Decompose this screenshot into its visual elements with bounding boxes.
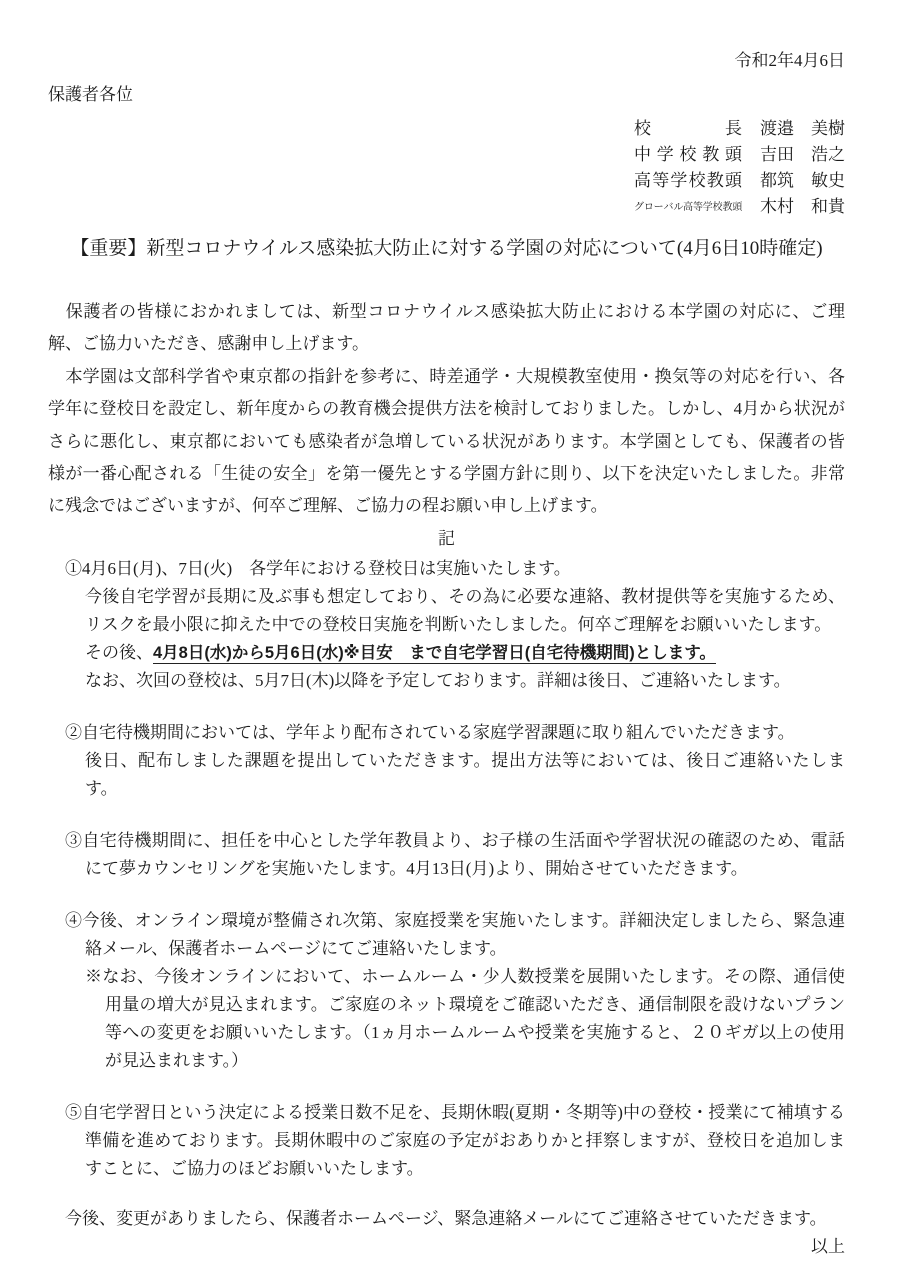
text-run: その後、	[85, 643, 153, 662]
notice-item: ③自宅待機期間に、担任を中心とした学年教員より、お子様の生活面や学習状況の確認の…	[65, 827, 845, 883]
text-run: ①4月6日(月)、7日(火) 各学年における登校日は実施いたします。	[65, 559, 571, 578]
item-paragraph: ①4月6日(月)、7日(火) 各学年における登校日は実施いたします。	[65, 555, 845, 583]
item-paragraph: その後、4月8日(水)から5月6日(水)※目安 まで自宅学習日(自宅待機期間)と…	[65, 639, 845, 667]
item-paragraph: なお、次回の登校は、5月7日(木)以降を予定しております。詳細は後日、ご連絡いた…	[65, 667, 845, 695]
intro-paragraph: 保護者の皆様におかれましては、新型コロナウイルス感染拡大防止における本学園の対応…	[48, 296, 845, 361]
document-date: 令和2年4月6日	[48, 50, 845, 72]
item-paragraph: 今後自宅学習が長期に及ぶ事も想定しており、その為に必要な連絡、教材提供等を実施す…	[65, 583, 845, 639]
document-title: 【重要】新型コロナウイルス感染拡大防止に対する学園の対応について(4月6日10時…	[48, 236, 845, 262]
signature-title: グローバル高等学校教頭	[634, 196, 742, 220]
item-paragraph: ④今後、オンライン環境が整備され次第、家庭授業を実施いたします。詳細決定しました…	[65, 907, 845, 963]
emphasized-run: 4月8日(水)から5月6日(水)※目安 まで自宅学習日(自宅待機期間)とします。	[153, 644, 716, 664]
item-paragraph: ③自宅待機期間に、担任を中心とした学年教員より、お子様の生活面や学習状況の確認の…	[65, 827, 845, 883]
signature-name: 渡邉 美樹	[760, 116, 845, 142]
text-run: ⑤自宅学習日という決定による授業日数不足を、長期休暇(夏期・冬期等)中の登校・授…	[65, 1103, 845, 1178]
items-list: ①4月6日(月)、7日(火) 各学年における登校日は実施いたします。今後自宅学習…	[48, 555, 845, 1183]
text-run: ④今後、オンライン環境が整備され次第、家庭授業を実施いたします。詳細決定しました…	[65, 911, 845, 958]
notice-item: ①4月6日(月)、7日(火) 各学年における登校日は実施いたします。今後自宅学習…	[65, 555, 845, 695]
item-paragraph: ②自宅待機期間においては、学年より配布されている家庭学習課題に取り組んでいただき…	[65, 719, 845, 747]
signature-title: 中学校教頭	[634, 142, 742, 168]
document-page: 令和2年4月6日 保護者各位 校長渡邉 美樹中学校教頭吉田 浩之高等学校教頭都筑…	[0, 0, 900, 1273]
signature-title: 高等学校教頭	[634, 168, 742, 194]
text-run: 今後自宅学習が長期に及ぶ事も想定しており、その為に必要な連絡、教材提供等を実施す…	[85, 587, 845, 634]
intro-paragraphs: 保護者の皆様におかれましては、新型コロナウイルス感染拡大防止における本学園の対応…	[48, 296, 845, 523]
signature-title: 校長	[634, 116, 742, 142]
text-run: なお、次回の登校は、5月7日(木)以降を予定しております。詳細は後日、ご連絡いた…	[85, 671, 791, 690]
notice-item: ②自宅待機期間においては、学年より配布されている家庭学習課題に取り組んでいただき…	[65, 719, 845, 803]
intro-paragraph: 本学園は文部科学省や東京都の指針を参考に、時差通学・大規模教室使用・換気等の対応…	[48, 361, 845, 523]
record-marker: 記	[48, 525, 845, 553]
closing-note: 今後、変更がありましたら、保護者ホームページ、緊急連絡メールにてご連絡させていた…	[65, 1205, 845, 1233]
text-run: ③自宅待機期間に、担任を中心とした学年教員より、お子様の生活面や学習状況の確認の…	[65, 831, 845, 878]
text-run: 後日、配布しました課題を提出していただきます。提出方法等においては、後日ご連絡い…	[85, 751, 845, 798]
text-run: ※なお、今後オンラインにおいて、ホームルーム・少人数授業を展開いたします。その際…	[85, 967, 845, 1070]
signature-block: 校長渡邉 美樹中学校教頭吉田 浩之高等学校教頭都筑 敏史グローバル高等学校教頭木…	[634, 116, 845, 220]
item-paragraph: ※なお、今後オンラインにおいて、ホームルーム・少人数授業を展開いたします。その際…	[65, 963, 845, 1075]
addressee: 保護者各位	[48, 84, 845, 106]
item-paragraph: ⑤自宅学習日という決定による授業日数不足を、長期休暇(夏期・冬期等)中の登校・授…	[65, 1099, 845, 1183]
signature-name: 木村 和貴	[760, 194, 845, 220]
signature-name: 都筑 敏史	[760, 168, 845, 194]
item-paragraph: 後日、配布しました課題を提出していただきます。提出方法等においては、後日ご連絡い…	[65, 747, 845, 803]
end-marker: 以上	[48, 1233, 845, 1261]
signature-name: 吉田 浩之	[760, 142, 845, 168]
notice-item: ⑤自宅学習日という決定による授業日数不足を、長期休暇(夏期・冬期等)中の登校・授…	[65, 1099, 845, 1183]
text-run: ②自宅待機期間においては、学年より配布されている家庭学習課題に取り組んでいただき…	[65, 723, 795, 742]
notice-item: ④今後、オンライン環境が整備され次第、家庭授業を実施いたします。詳細決定しました…	[65, 907, 845, 1075]
